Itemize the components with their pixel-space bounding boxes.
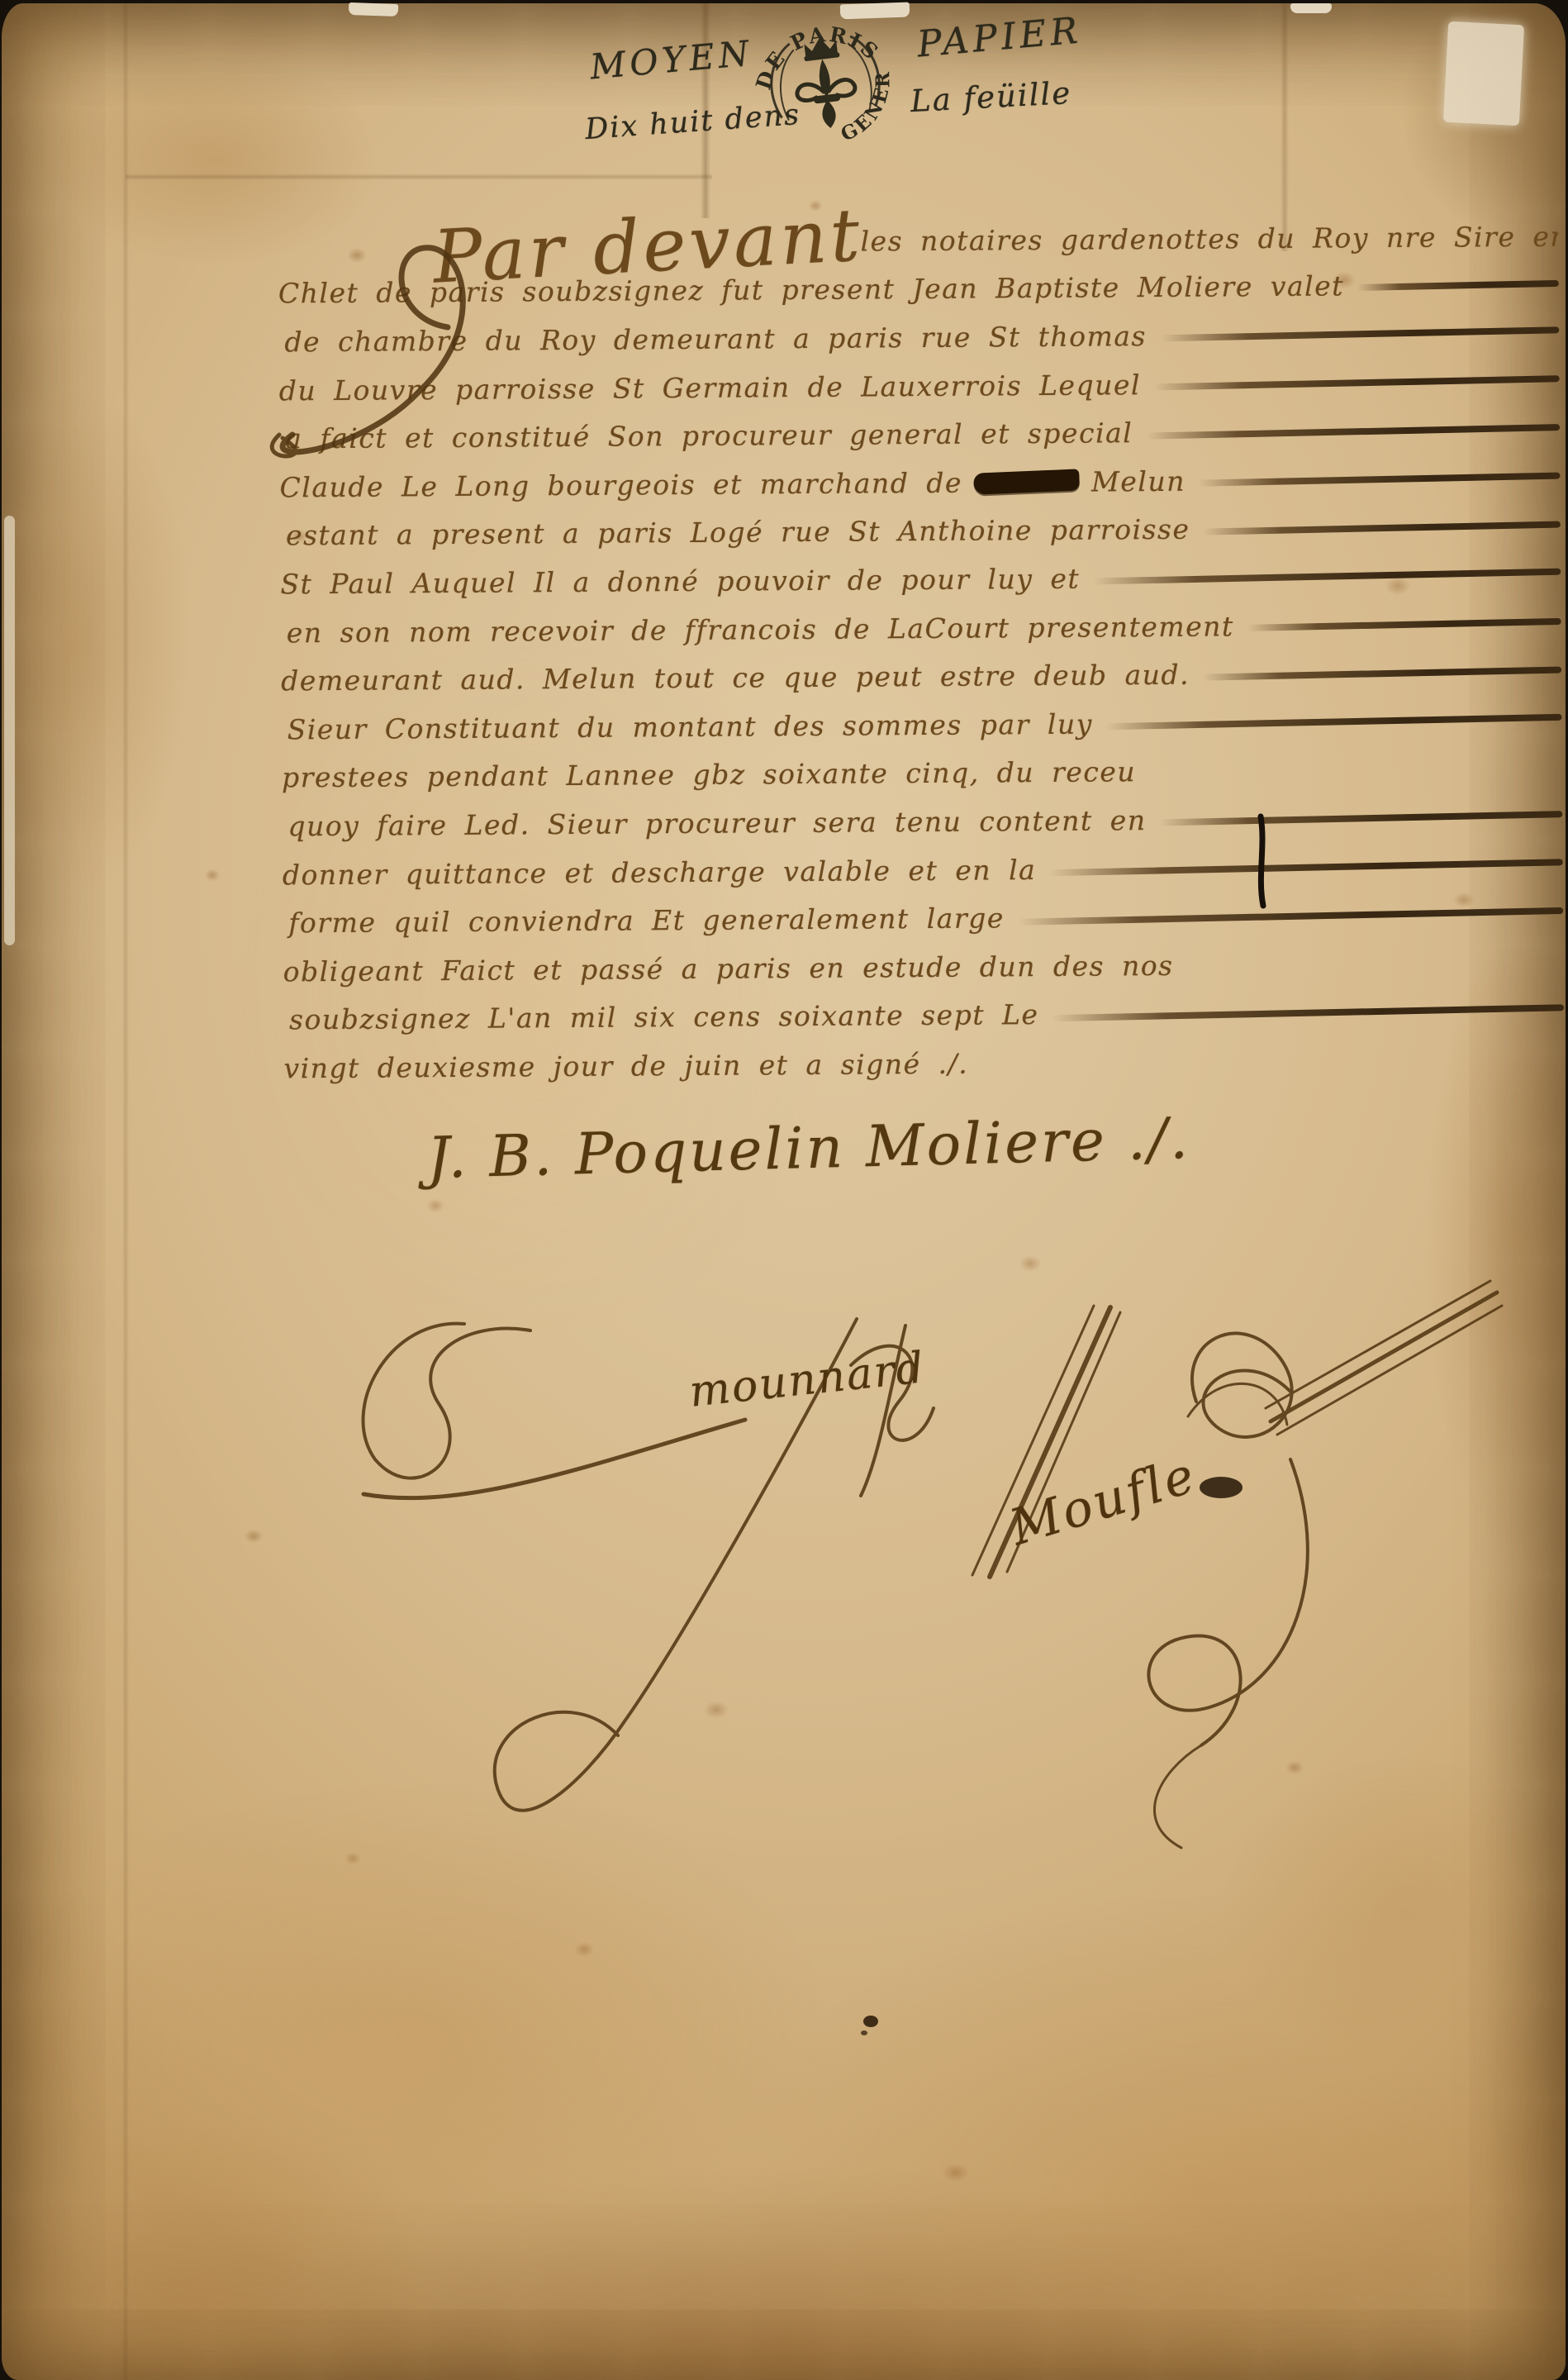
manuscript-line: St Paul Auquel Il a donné pouvoir de pou… xyxy=(280,551,1561,608)
manuscript-line: prestees pendant Lannee gbz soixante cin… xyxy=(282,745,1562,802)
manuscript-line: Claude Le Long bourgeois et marchand deM… xyxy=(279,455,1560,512)
line-text: en son nom recevoir de ffrancois de LaCo… xyxy=(287,610,1234,649)
line-text: St Paul Auquel Il a donné pouvoir de pou… xyxy=(280,563,1080,601)
line-text: soubzsignez L'an mil six cens soixante s… xyxy=(289,998,1039,1035)
manuscript-line: a faict et constitué Son procureur gener… xyxy=(279,406,1560,463)
line-filler-dash xyxy=(1199,473,1561,487)
line-text: a faict et constitué Son procureur gener… xyxy=(285,416,1133,455)
notary-signature-left: mounnard xyxy=(687,1343,928,1417)
line-filler-dash xyxy=(1159,812,1562,826)
line-text: vingt deuxiesme jour de juin et a signé … xyxy=(283,1048,968,1085)
stamp-per-sheet: La feüille xyxy=(910,75,1072,119)
manuscript-line: quoy faire Led. Sieur procureur sera ten… xyxy=(282,793,1562,850)
manuscript-line: donner quittance et descharge valable et… xyxy=(283,841,1563,898)
line-text: Sieur Constituant du montant des sommes … xyxy=(287,707,1092,745)
ink-speck xyxy=(861,2030,867,2035)
line-text: forme quil conviendra Et generalement la… xyxy=(288,902,1005,939)
manuscript-line: soubzsignez L'an mil six cens soixante s… xyxy=(283,987,1564,1044)
manuscript-photo: MOYEN PAPIER Dix huit dens La feüille DE… xyxy=(0,0,1568,2380)
generalite-seal: DE PARIS GENERALITE xyxy=(731,0,917,159)
line-text: les notaires gardenottes du Roy nre Sire… xyxy=(860,220,1558,258)
parchment-page: MOYEN PAPIER Dix huit dens La feüille DE… xyxy=(2,3,1566,2380)
torn-edge-sliver xyxy=(4,516,15,945)
manuscript-line: Chlet de paris soubzsignez fut present J… xyxy=(278,260,1559,317)
manuscript-line: du Louvre parroisse St Germain de Lauxer… xyxy=(279,357,1560,414)
manuscript-line: obligeant Faict et passé a paris en estu… xyxy=(283,938,1563,995)
line-filler-dash xyxy=(1203,521,1561,535)
struck-out-word xyxy=(974,469,1081,495)
manuscript-body: les notaires gardenottes du Roy nre Sire… xyxy=(278,212,1564,1092)
manuscript-line: forme quil conviendra Et generalement la… xyxy=(283,890,1563,947)
line-filler-dash xyxy=(1357,280,1559,291)
line-filler-dash xyxy=(1052,1004,1564,1021)
manuscript-line: demeurant aud. Melun tout ce que peut es… xyxy=(281,648,1561,705)
line-text: Claude Le Long bourgeois et marchand de xyxy=(279,466,962,503)
line-text: du Louvre parroisse St Germain de Lauxer… xyxy=(279,369,1141,407)
torn-paper-chip xyxy=(1290,3,1332,13)
line-text: Melun xyxy=(1091,465,1186,498)
moliere-signature: J. B. Poquelin Moliere ./. xyxy=(426,1106,1191,1192)
manuscript-line: les notaires gardenottes du Roy nre Sire… xyxy=(278,212,1558,269)
line-filler-dash xyxy=(1160,327,1559,342)
line-filler-dash xyxy=(1106,714,1562,731)
ink-speck xyxy=(863,2016,878,2027)
torn-paper-chip xyxy=(349,2,398,17)
tape-patch xyxy=(1443,21,1524,126)
notary-left-loop xyxy=(363,1324,530,1478)
manuscript-line: estant a present a paris Logé rue St Ant… xyxy=(280,502,1561,559)
line-filler-dash xyxy=(1154,375,1560,390)
line-filler-dash xyxy=(1093,569,1561,585)
ink-blob xyxy=(1200,1477,1243,1498)
notary-signature-right: Moufle xyxy=(1004,1446,1203,1558)
fleur-de-lis-icon xyxy=(794,58,860,131)
line-text: de chambre du Roy demeurant a paris rue … xyxy=(284,320,1147,358)
crease-line xyxy=(126,174,712,180)
line-filler-dash xyxy=(1018,907,1563,926)
manuscript-line: vingt deuxiesme jour de juin et a signé … xyxy=(283,1035,1564,1092)
crease-line xyxy=(122,3,129,2380)
line-filler-dash xyxy=(1203,666,1561,680)
line-text: quoy faire Led. Sieur procureur sera ten… xyxy=(287,804,1146,842)
line-text: prestees pendant Lannee gbz soixante cin… xyxy=(282,756,1136,794)
line-filler-dash xyxy=(1146,424,1560,439)
manuscript-line: Sieur Constituant du montant des sommes … xyxy=(281,697,1561,754)
notary-right-paraph-knot xyxy=(1192,1333,1292,1436)
manuscript-line: de chambre du Roy demeurant a paris rue … xyxy=(278,309,1559,366)
manuscript-line: en son nom recevoir de ffrancois de LaCo… xyxy=(281,599,1561,656)
line-text: demeurant aud. Melun tout ce que peut es… xyxy=(281,659,1190,697)
stamp-word-moyen: MOYEN xyxy=(588,32,754,87)
line-text: donner quittance et descharge valable et… xyxy=(283,854,1037,891)
line-filler-dash xyxy=(1247,618,1561,631)
stamp-word-papier: PAPIER xyxy=(915,9,1083,65)
line-text: Chlet de paris soubzsignez fut present J… xyxy=(278,270,1344,310)
line-filler-dash xyxy=(1049,859,1563,876)
line-text: obligeant Faict et passé a paris en estu… xyxy=(283,950,1174,988)
line-text: estant a present a paris Logé rue St Ant… xyxy=(286,513,1190,552)
